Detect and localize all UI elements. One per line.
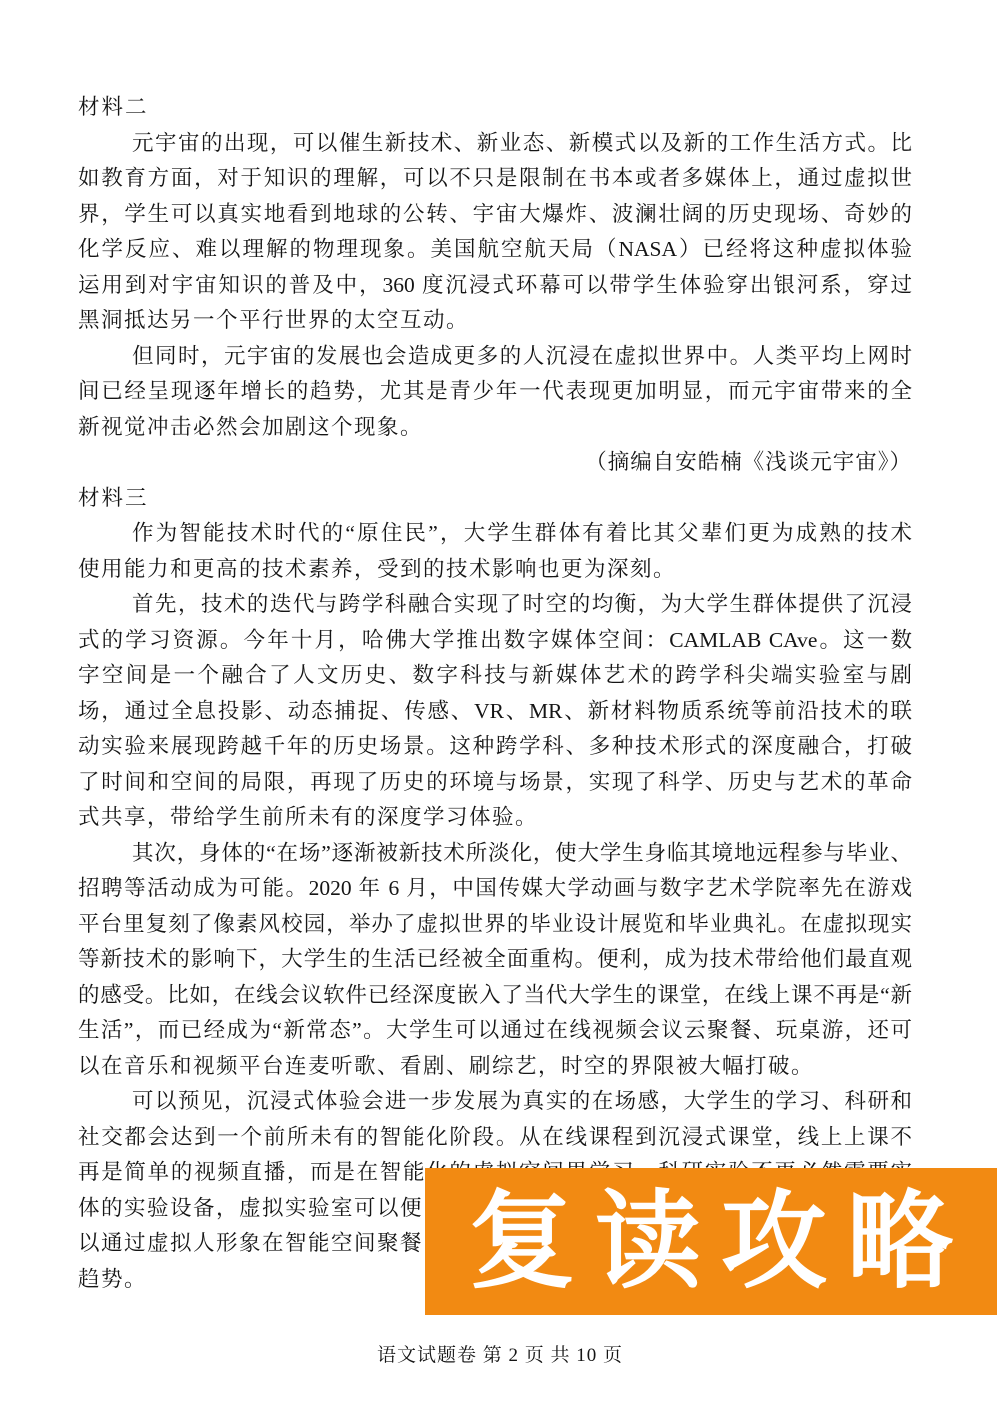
text-line: 等新技术的影响下，大学生的生活已经被全面重构。便利，成为技术带给他们最直观: [78, 942, 912, 978]
exam-paper-page: 材料二元宇宙的出现，可以催生新技术、新业态、新模式以及新的工作生活方式。比如教育…: [0, 0, 1000, 1412]
text-line: 运用到对宇宙知识的普及中，360 度沉浸式环幕可以带学生体验穿出银河系，穿过: [78, 268, 912, 304]
text-line: 新视觉冲击必然会加剧这个现象。: [78, 410, 912, 446]
text-line: 化学反应、难以理解的物理现象。美国航空航天局（NASA）已经将这种虚拟体验: [78, 232, 912, 268]
text-line: 作为智能技术时代的“原住民”，大学生群体有着比其父辈们更为成熟的技术: [78, 516, 912, 552]
text-line: 平台里复刻了像素风校园，举办了虚拟世界的毕业设计展览和毕业典礼。在虚拟现实: [78, 907, 912, 943]
text-line: 如教育方面，对于知识的理解，可以不只是限制在书本或者多媒体上，通过虚拟世: [78, 161, 912, 197]
section-heading: 材料二: [78, 90, 912, 126]
text-line: 式的学习资源。今年十月，哈佛大学推出数字媒体空间：CAMLAB CAve。这一数: [78, 623, 912, 659]
text-line: 字空间是一个融合了人文历史、数字科技与新媒体艺术的跨学科尖端实验室与剧: [78, 658, 912, 694]
text-line: 使用能力和更高的技术素养，受到的技术影响也更为深刻。: [78, 552, 912, 588]
text-line: 式共享，带给学生前所未有的深度学习体验。: [78, 800, 912, 836]
attribution-line: （摘编自安皓楠《浅谈元宇宙》）: [78, 445, 912, 481]
text-line: 以在音乐和视频平台连麦听歌、看剧、刷综艺，时空的界限被大幅打破。: [78, 1049, 912, 1085]
page-footer: 语文试题卷 第 2 页 共 10 页: [0, 1340, 1000, 1367]
text-line: 首先，技术的迭代与跨学科融合实现了时空的均衡，为大学生群体提供了沉浸: [78, 587, 912, 623]
text-line: 元宇宙的出现，可以催生新技术、新业态、新模式以及新的工作生活方式。比: [78, 126, 912, 162]
text-line: 间已经呈现逐年增长的趋势，尤其是青少年一代表现更加明显，而元宇宙带来的全: [78, 374, 912, 410]
text-line: 场，通过全息投影、动态捕捉、传感、VR、MR、新材料物质系统等前沿技术的联: [78, 694, 912, 730]
text-line: 其次，身体的“在场”逐渐被新技术所淡化，使大学生身临其境地远程参与毕业、: [78, 836, 912, 872]
text-line: 的感受。比如，在线会议软件已经深度嵌入了当代大学生的课堂，在线上课不再是“新: [78, 978, 912, 1014]
text-line: 黑洞抵达另一个平行世界的太空互动。: [78, 303, 912, 339]
text-line: 生活”，而已经成为“新常态”。大学生可以通过在线视频会议云聚餐、玩桌游，还可: [78, 1013, 912, 1049]
text-line: 界，学生可以真实地看到地球的公转、宇宙大爆炸、波澜壮阔的历史现场、奇妙的: [78, 197, 912, 233]
text-line: 招聘等活动成为可能。2020 年 6 月，中国传媒大学动画与数字艺术学院率先在游…: [78, 871, 912, 907]
text-line: 社交都会达到一个前所未有的智能化阶段。从在线课程到沉浸式课堂，线上上课不: [78, 1120, 912, 1156]
watermark-text: 复读攻略: [449, 1189, 973, 1295]
document-text-block: 材料二元宇宙的出现，可以催生新技术、新业态、新模式以及新的工作生活方式。比如教育…: [78, 90, 912, 1297]
text-line: 动实验来展现跨越千年的历史场景。这种跨学科、多种技术形式的深度融合，打破: [78, 729, 912, 765]
text-line: 可以预见，沉浸式体验会进一步发展为真实的在场感，大学生的学习、科研和: [78, 1084, 912, 1120]
watermark-banner: 复读攻略: [425, 1168, 997, 1315]
text-line: 但同时，元宇宙的发展也会造成更多的人沉浸在虚拟世界中。人类平均上网时: [78, 339, 912, 375]
section-heading: 材料三: [78, 481, 912, 517]
text-line: 了时间和空间的局限，再现了历史的环境与场景，实现了科学、历史与艺术的革命: [78, 765, 912, 801]
